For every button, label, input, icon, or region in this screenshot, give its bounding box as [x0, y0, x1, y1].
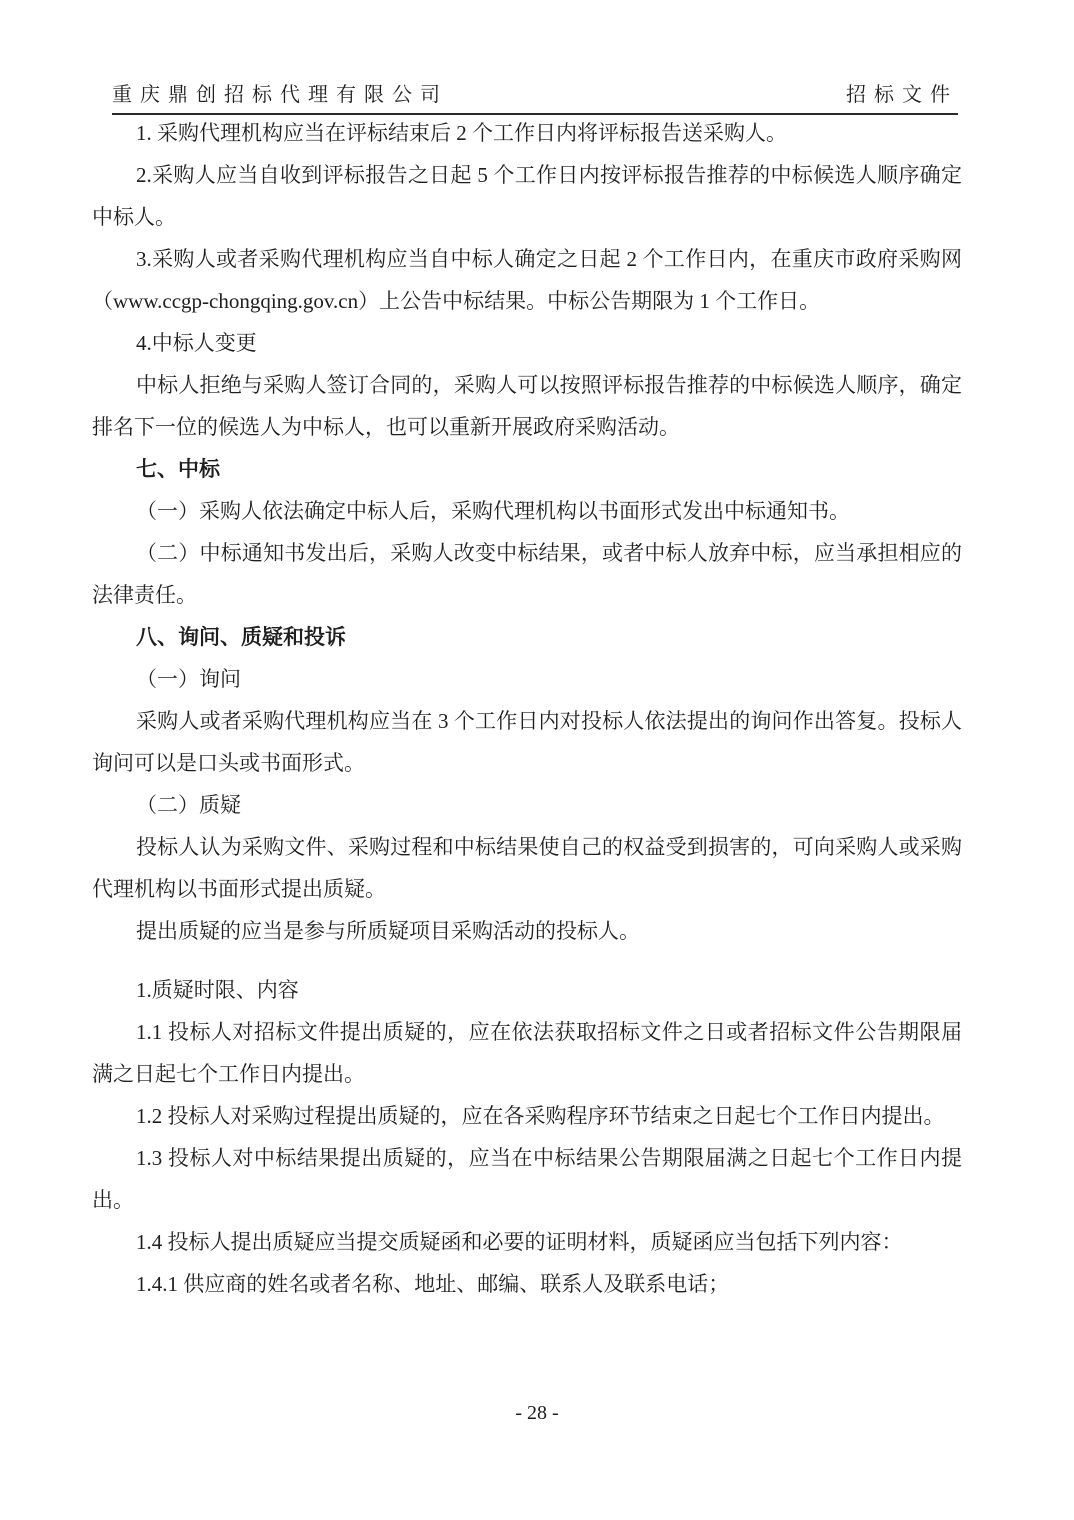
paragraph: 提出质疑的应当是参与所质疑项目采购活动的投标人。: [92, 910, 962, 952]
paragraph: 1. 采购代理机构应当在评标结束后 2 个工作日内将评标报告送采购人。: [92, 112, 962, 154]
paragraph: 3.采购人或者采购代理机构应当自中标人确定之日起 2 个工作日内，在重庆市政府采…: [92, 238, 962, 322]
page-header: 重庆鼎创招标代理有限公司 招标文件: [112, 82, 958, 115]
header-company-name: 重庆鼎创招标代理有限公司: [112, 82, 448, 108]
paragraph: 2.采购人应当自收到评标报告之日起 5 个工作日内按评标报告推荐的中标候选人顺序…: [92, 154, 962, 238]
paragraph: 八、询问、质疑和投诉: [92, 616, 962, 658]
paragraph: 1.2 投标人对采购过程提出质疑的，应在各采购程序环节结束之日起七个工作日内提出…: [92, 1095, 962, 1137]
paragraph: 采购人或者采购代理机构应当在 3 个工作日内对投标人依法提出的询问作出答复。投标…: [92, 700, 962, 784]
paragraph: （二）中标通知书发出后，采购人改变中标结果，或者中标人放弃中标，应当承担相应的法…: [92, 532, 962, 616]
paragraph: （二）质疑: [92, 784, 962, 826]
document-body: 1. 采购代理机构应当在评标结束后 2 个工作日内将评标报告送采购人。2.采购人…: [92, 112, 962, 1305]
paragraph: 1.4.1 供应商的姓名或者名称、地址、邮编、联系人及联系电话；: [92, 1263, 962, 1305]
paragraph: 1.4 投标人提出质疑应当提交质疑函和必要的证明材料，质疑函应当包括下列内容：: [92, 1221, 962, 1263]
paragraph: 1.质疑时限、内容: [92, 969, 962, 1011]
paragraph: 七、中标: [92, 448, 962, 490]
paragraph: 投标人认为采购文件、采购过程和中标结果使自己的权益受到损害的，可向采购人或采购代…: [92, 826, 962, 910]
paragraph: （一）采购人依法确定中标人后，采购代理机构以书面形式发出中标通知书。: [92, 490, 962, 532]
page-number: - 28 -: [515, 1402, 558, 1424]
document-page: 重庆鼎创招标代理有限公司 招标文件 1. 采购代理机构应当在评标结束后 2 个工…: [0, 0, 1074, 1520]
paragraph: 中标人拒绝与采购人签订合同的，采购人可以按照评标报告推荐的中标候选人顺序，确定排…: [92, 364, 962, 448]
paragraph: 4.中标人变更: [92, 322, 962, 364]
header-doc-type: 招标文件: [846, 82, 958, 108]
paragraph: （一）询问: [92, 658, 962, 700]
page-footer: - 28 -: [0, 1400, 1074, 1426]
paragraph: 1.1 投标人对招标文件提出质疑的，应在依法获取招标文件之日或者招标文件公告期限…: [92, 1011, 962, 1095]
paragraph: 1.3 投标人对中标结果提出质疑的，应当在中标结果公告期限届满之日起七个工作日内…: [92, 1137, 962, 1221]
